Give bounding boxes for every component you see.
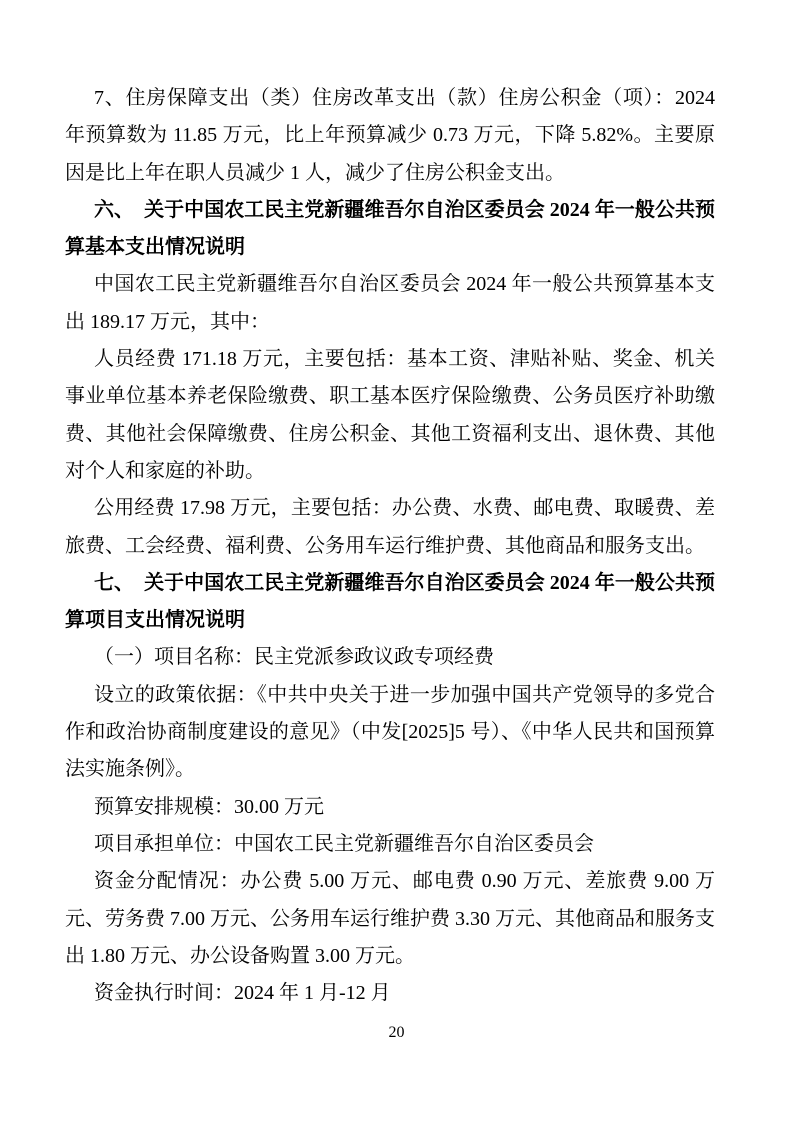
para-personnel-funds: 人员经费 171.18 万元，主要包括：基本工资、津贴补贴、奖金、机关事业单位基… <box>65 341 715 490</box>
para-basic-expenditure-total: 中国农工民主党新疆维吾尔自治区委员会 2024 年一般公共预算基本支出 189.… <box>65 266 715 341</box>
para-housing-subsidy-item7: 7、住房保障支出（类）住房改革支出（款）住房公积金（项）：2024 年预算数为 … <box>65 80 715 192</box>
para-public-funds: 公用经费 17.98 万元，主要包括：办公费、水费、邮电费、取暖费、差旅费、工会… <box>65 490 715 565</box>
page-number: 20 <box>389 1024 405 1041</box>
page-footer: 20 <box>0 1023 793 1043</box>
para-fund-allocation: 资金分配情况：办公费 5.00 万元、邮电费 0.90 万元、差旅费 9.00 … <box>65 863 715 975</box>
para-execution-period: 资金执行时间：2024 年 1 月-12 月 <box>65 975 715 1012</box>
page-body: 7、住房保障支出（类）住房改革支出（款）住房公积金（项）：2024 年预算数为 … <box>65 80 715 1012</box>
para-undertaking-unit: 项目承担单位：中国农工民主党新疆维吾尔自治区委员会 <box>65 826 715 863</box>
document-page: 7、住房保障支出（类）住房改革支出（款）住房公积金（项）：2024 年预算数为 … <box>0 0 793 1122</box>
heading-section-6-basic-expenditure: 六、 关于中国农工民主党新疆维吾尔自治区委员会 2024 年一般公共预算基本支出… <box>65 192 715 267</box>
para-policy-basis: 设立的政策依据：《中共中央关于进一步加强中国共产党领导的多党合作和政治协商制度建… <box>65 677 715 789</box>
heading-section-7-project-expenditure: 七、 关于中国农工民主党新疆维吾尔自治区委员会 2024 年一般公共预算项目支出… <box>65 565 715 640</box>
para-project-name: （一）项目名称：民主党派参政议政专项经费 <box>65 639 715 676</box>
para-budget-scale: 预算安排规模：30.00 万元 <box>65 789 715 826</box>
